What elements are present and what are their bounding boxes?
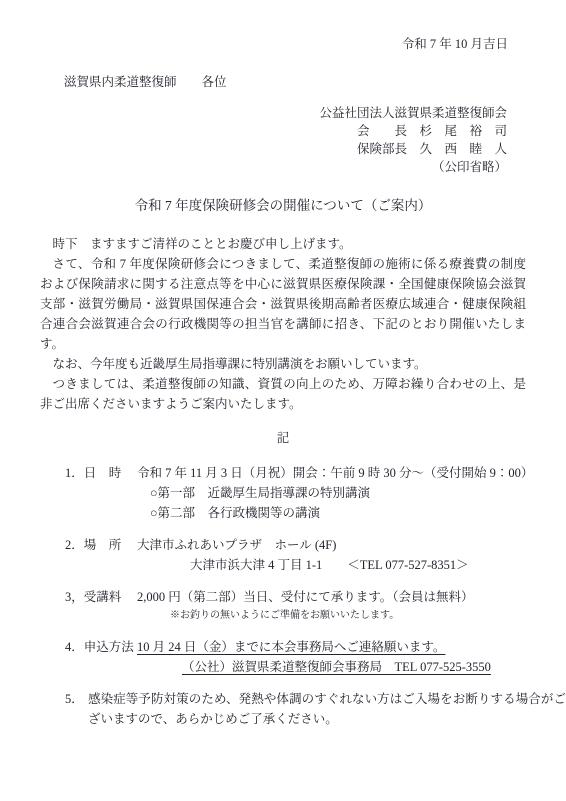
item-venue: 2．場 所 大津市ふれあいプラザ ホール (4F) 大津市浜大津 4 丁目 1‐…	[0, 535, 566, 575]
sender-president: 会 長 杉 尾 裕 司	[0, 122, 507, 140]
item-fee: 3，受講料 2,000 円（第二部）当日、受付にて承ります。（会員は無料） ※お…	[0, 587, 566, 625]
body-paragraphs: 時下 ますますご清祥のこととお慶び申し上げます。 さて、令和 7 年度保険研修会…	[40, 234, 526, 414]
item-datetime-label: 1．日 時	[65, 463, 137, 483]
paragraph-invitation: つきましては、柔道整復師の知識、資質の向上のため、万障お繰り合わせの上、是非ご出…	[40, 374, 526, 414]
sender-insurance-chief: 保険部長 久 西 睦 人	[0, 140, 507, 158]
program-part1: ○第一部 近畿厚生局指導課の特別講演	[150, 483, 566, 503]
datetime-value: 令和 7 年 11 月 3 日（月祝）開会：午前 9 時 30 分～（受付開始 …	[137, 463, 566, 483]
venue-name: 大津市ふれあいプラザ ホール (4F)	[137, 535, 566, 555]
document-page: 令和 7 年 10 月吉日 滋賀県内柔道整復師 各位 公益社団法人滋賀県柔道整復…	[0, 0, 566, 801]
paragraph-greeting: 時下 ますますご清祥のこととお慶び申し上げます。	[40, 234, 526, 254]
sender-organization: 公益社団法人滋賀県柔道整復師会	[0, 104, 507, 122]
item-venue-label: 2．場 所	[65, 535, 137, 555]
venue-address: 大津市浜大津 4 丁目 1‐1 ＜TEL 077‐527‐8351＞	[190, 555, 566, 575]
recipient-line: 滋賀県内柔道整復師 各位	[64, 72, 566, 92]
notice-heading: 記	[0, 428, 566, 448]
item-fee-label: 3，受講料	[65, 587, 137, 607]
application-deadline: 10 月 24 日（金）までに本会事務局へご連絡願います。	[137, 637, 566, 657]
infection-notice-text: 感染症等予防対策のため、発熱や体調のすぐれない方はご入場をお断りする場合がござい…	[88, 689, 566, 729]
sender-block: 公益社団法人滋賀県柔道整復師会 会 長 杉 尾 裕 司 保険部長 久 西 睦 人…	[0, 104, 566, 176]
item-application-label: 4．申込方法	[65, 637, 137, 657]
item-infection-notice: 5． 感染症等予防対策のため、発熱や体調のすぐれない方はご入場をお断りする場合が…	[0, 689, 566, 729]
notice-items: 1．日 時 令和 7 年 11 月 3 日（月祝）開会：午前 9 時 30 分～…	[0, 463, 566, 729]
program-part2: ○第二部 各行政機関等の講演	[150, 503, 566, 523]
document-date: 令和 7 年 10 月吉日	[0, 0, 566, 54]
seal-omitted-note: （公印省略）	[0, 158, 507, 176]
application-contact: （公社）滋賀県柔道整復師会事務局 TEL 077‐525‐3550	[182, 657, 566, 677]
fee-note: ※お釣りの無いようにご準備をお願いいたします。	[170, 607, 566, 625]
item-application: 4．申込方法 10 月 24 日（金）までに本会事務局へご連絡願います。 （公社…	[0, 637, 566, 677]
document-title: 令和 7 年度保険研修会の開催について（ご案内）	[0, 196, 566, 216]
item-infection-label: 5．	[65, 689, 88, 709]
item-datetime: 1．日 時 令和 7 年 11 月 3 日（月祝）開会：午前 9 時 30 分～…	[0, 463, 566, 523]
fee-value: 2,000 円（第二部）当日、受付にて承ります。（会員は無料）	[137, 587, 566, 607]
paragraph-purpose: さて、令和 7 年度保険研修会につきまして、柔道整復師の施術に係る療養費の制度お…	[40, 254, 526, 354]
paragraph-special-lecture: なお、今年度も近畿厚生局指導課に特別講演をお願いしています。	[40, 354, 526, 374]
